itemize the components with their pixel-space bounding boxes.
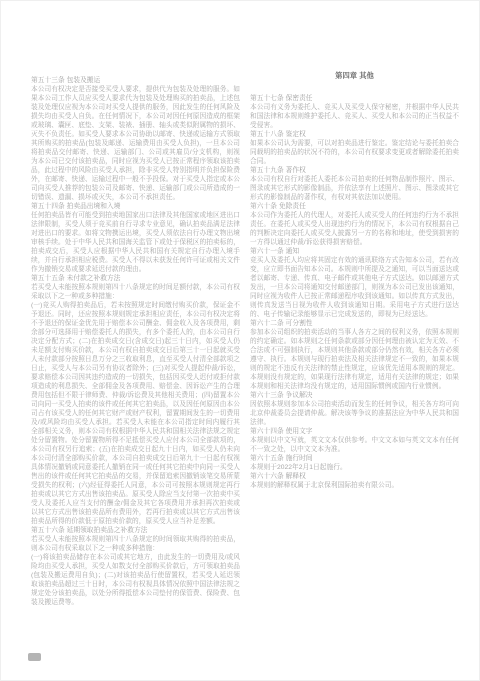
article-paragraph: 任何拍卖品皆有可能受到拍卖地国家出口法律及其他国家或地区进出口法律限制，买受人须…: [31, 211, 240, 274]
article-heading: 第六十一条 通知: [250, 247, 459, 256]
article-heading: 第五十五条 未付款之补救方法: [31, 274, 240, 283]
article-heading: 第六十六条 解释权: [250, 472, 459, 481]
article-heading: 第六十二条 可分割性: [250, 319, 459, 328]
article-heading: 第五十四条 拍卖品出境和入境: [31, 202, 240, 211]
chapter-heading: 第四章 其他: [250, 71, 459, 80]
article-paragraph: 本规则于2022年2月1日起施行。: [250, 463, 459, 472]
article-paragraph: 本公司有义务为委托人、竞买人及买受人保守秘密，并根据中华人民共和国法律和本规则维…: [250, 103, 459, 130]
article-paragraph: 本公司有权自行对委托人委托本公司拍卖的任何物品制作照片、图示、图录或其它形式的影…: [250, 175, 459, 202]
article-paragraph: 本公司作为委托人的代理人，对委托人或买受人的任何违约行为不承担责任。在委托人或买…: [250, 211, 459, 247]
article-heading: 第六十条 免除责任: [250, 202, 459, 211]
article-heading: 第五十三条 包装及搬运: [31, 76, 240, 85]
article-heading: 第五十八条 鉴定权: [250, 130, 459, 139]
article-paragraph: 本规则的解释权属于北京保利国际拍卖有限公司。: [250, 481, 459, 490]
article-paragraph: 本规则以中文写就，英文文本仅供参考。中文文本如与英文文本有任何不一致之处，以中文…: [250, 436, 459, 454]
left-column: 第五十三条 包装及搬运本公司有权决定是否接受买受人要求，提供代为包装及处理的服务…: [31, 76, 240, 607]
article-paragraph: (一)竞买人购得拍卖品后，若未按照规定时间缴付购买价款，保证金不予退还。同时，还…: [31, 301, 240, 526]
article-paragraph: 参加本公司组织的拍卖活动的当事人各方之间的权利义务，依照本规则的约定确定。如本规…: [250, 328, 459, 391]
article-paragraph: 本公司有权决定是否接受买受人要求，提供代为包装及处理的服务。如果本公司工作人员应…: [31, 85, 240, 202]
article-paragraph: 若买受人未能按照本规则第四十八条规定的时间足额付款，本公司有权采取以下之一种或多…: [31, 283, 240, 301]
article-paragraph: 因依照本规则参加本公司拍卖活动而发生的任何争议，相关各方均可向北京仲裁委员会提请…: [250, 400, 459, 427]
article-heading: 第六十五条 施行时间: [250, 454, 459, 463]
article-heading: 第五十九条 著作权: [250, 166, 459, 175]
article-heading: 第五十六条 延期领取拍卖品之补救方法: [31, 526, 240, 535]
article-heading: 第五十七条 保密责任: [250, 94, 459, 103]
article-paragraph: 如果本公司认为需要，可以对拍卖品进行鉴定。鉴定结论与委托拍卖合同载明的拍卖品的状…: [250, 139, 459, 166]
right-column: 第四章 其他 第五十七条 保密责任本公司有义务为委托人、竞买人及买受人保守秘密，…: [250, 71, 459, 490]
footer-mark: [28, 653, 41, 661]
article-paragraph: 若买受人未能按照本规则第四十八条规定的时间领取其购得的拍卖品，则本公司有权采取以…: [31, 535, 240, 553]
article-paragraph: 竞买人及委托人均应将其固定有效的通讯联络方式告知本公司，若有改变，应立即书面告知…: [250, 256, 459, 319]
article-heading: 第六十三条 争议解决: [250, 391, 459, 400]
article-paragraph: (一)将该拍卖品储存在本公司或其它地方，由此发生的一切费用及/或风险均由买受人承…: [31, 553, 240, 607]
article-heading: 第六十四条 使用文字: [250, 427, 459, 436]
document-page: 第五十三条 包装及搬运本公司有权决定是否接受买受人要求，提供代为包装及处理的服务…: [0, 0, 480, 681]
